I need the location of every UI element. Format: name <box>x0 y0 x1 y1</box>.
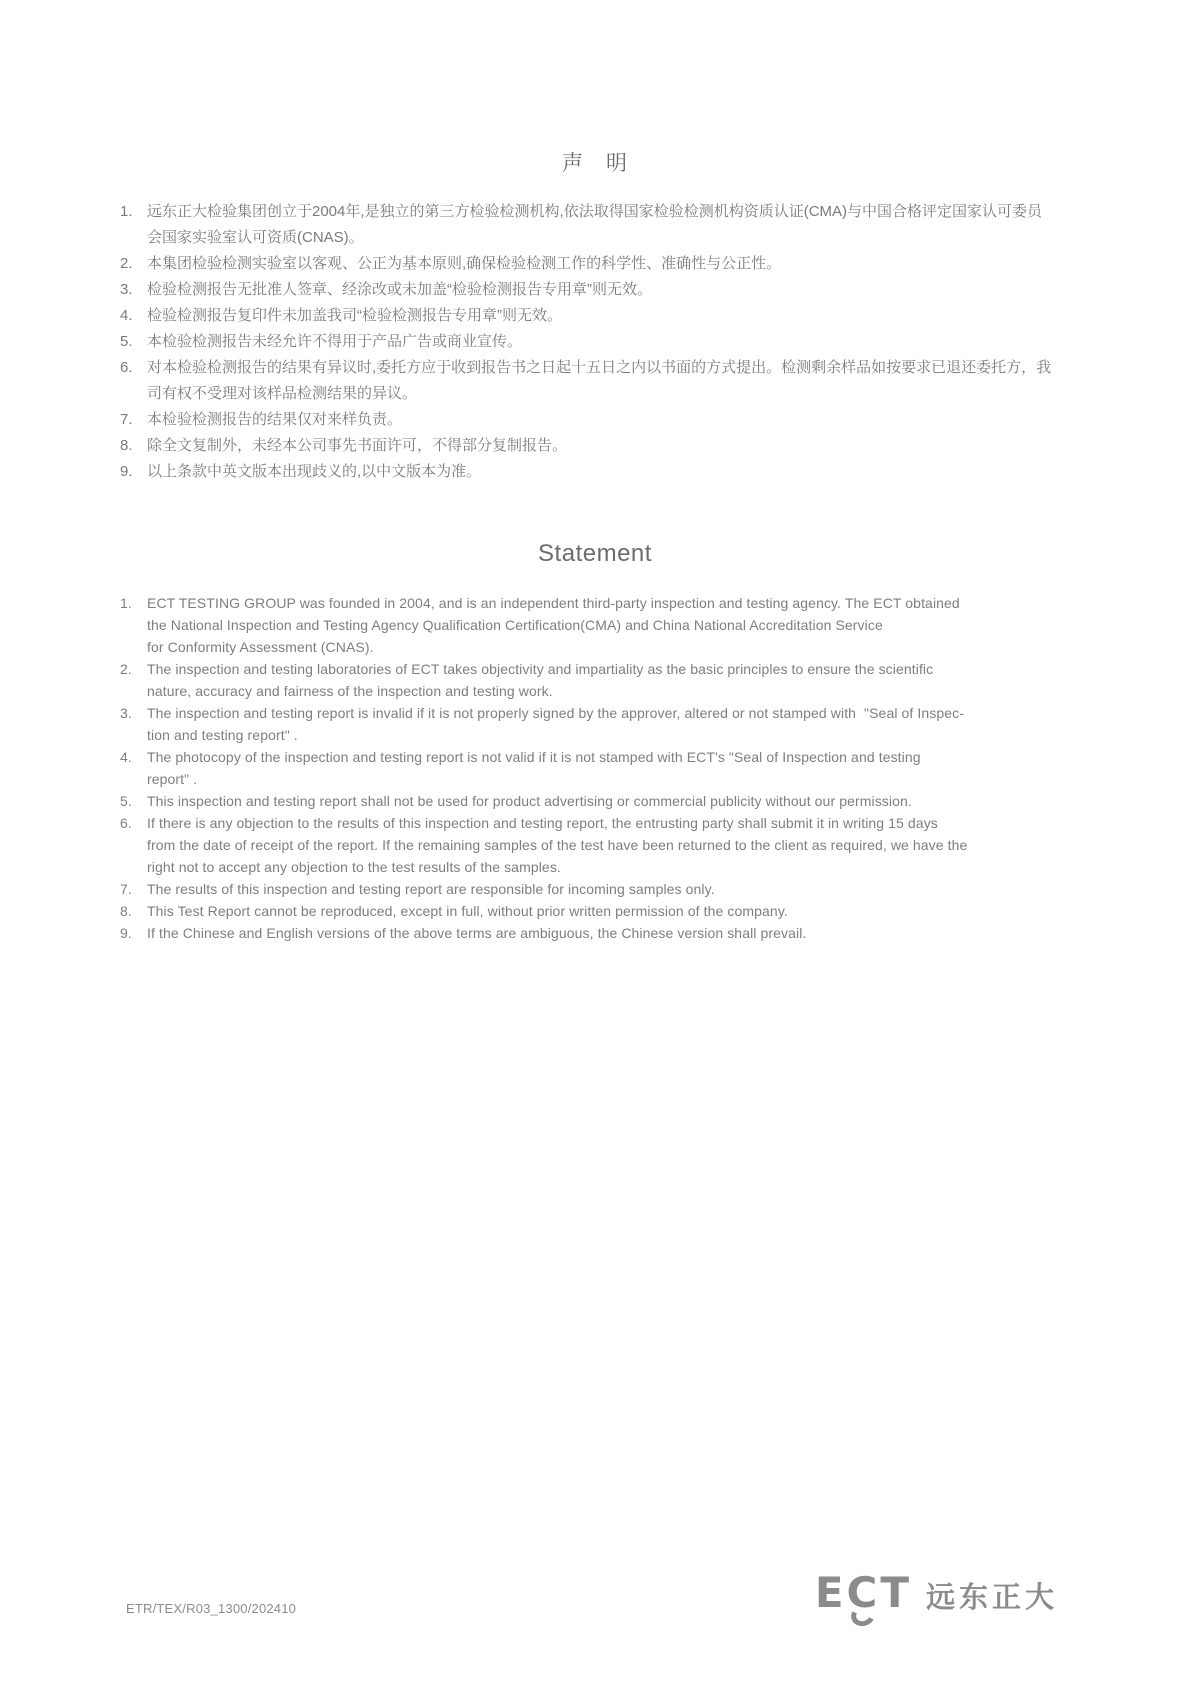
statement-item: 8.This Test Report cannot be reproduced,… <box>120 900 1092 922</box>
item-text: ECT TESTING GROUP was founded in 2004, a… <box>147 592 1092 658</box>
statement-item: 8.除全文复制外，未经本公司事先书面许可，不得部分复制报告。 <box>120 433 1092 459</box>
ect-logo-text: ECT <box>815 1572 912 1614</box>
chinese-statement-title: 声 明 <box>0 147 1190 177</box>
item-number: 5. <box>120 329 147 355</box>
chinese-statement-list: 1.远东正大检验集团创立于2004年,是独立的第三方检验检测机构,依法取得国家检… <box>120 199 1092 485</box>
statement-item: 3.The inspection and testing report is i… <box>120 702 1092 746</box>
item-number: 3. <box>120 277 147 303</box>
item-text: The results of this inspection and testi… <box>147 878 1092 900</box>
item-number: 5. <box>120 790 147 812</box>
item-text: 本检验检测报告的结果仅对来样负责。 <box>147 407 1092 433</box>
statement-item: 2.The inspection and testing laboratorie… <box>120 658 1092 702</box>
item-number: 7. <box>120 878 147 900</box>
item-text: The inspection and testing laboratories … <box>147 658 1092 702</box>
statement-item: 4.The photocopy of the inspection and te… <box>120 746 1092 790</box>
item-number: 4. <box>120 746 147 768</box>
item-text: 检验检测报告无批准人签章、经涂改或未加盖“检验检测报告专用章”则无效。 <box>147 277 1092 303</box>
item-text: 以上条款中英文版本出现歧义的,以中文版本为准。 <box>147 459 1092 485</box>
item-text: 除全文复制外，未经本公司事先书面许可，不得部分复制报告。 <box>147 433 1092 459</box>
statement-item: 6.If there is any objection to the resul… <box>120 812 1092 878</box>
statement-item: 3.检验检测报告无批准人签章、经涂改或未加盖“检验检测报告专用章”则无效。 <box>120 277 1092 303</box>
statement-item: 9.以上条款中英文版本出现歧义的,以中文版本为准。 <box>120 459 1092 485</box>
statement-item: 6.对本检验检测报告的结果有异议时,委托方应于收到报告书之日起十五日之内以书面的… <box>120 355 1092 407</box>
ect-logo: ECT 远东正大 <box>815 1572 1058 1616</box>
statement-page: 声 明 1.远东正大检验集团创立于2004年,是独立的第三方检验检测机构,依法取… <box>0 0 1190 1683</box>
item-number: 9. <box>120 922 147 944</box>
statement-item: 1.远东正大检验集团创立于2004年,是独立的第三方检验检测机构,依法取得国家检… <box>120 199 1092 251</box>
item-number: 2. <box>120 658 147 680</box>
item-text: 本检验检测报告未经允许不得用于产品广告或商业宣传。 <box>147 329 1092 355</box>
statement-item: 7.The results of this inspection and tes… <box>120 878 1092 900</box>
item-text: The inspection and testing report is inv… <box>147 702 1092 746</box>
item-text: If there is any objection to the results… <box>147 812 1092 878</box>
item-text: 对本检验检测报告的结果有异议时,委托方应于收到报告书之日起十五日之内以书面的方式… <box>147 355 1092 407</box>
item-number: 6. <box>120 812 147 834</box>
item-number: 7. <box>120 407 147 433</box>
item-text: The photocopy of the inspection and test… <box>147 746 1092 790</box>
item-number: 8. <box>120 900 147 922</box>
item-number: 4. <box>120 303 147 329</box>
statement-item: 2.本集团检验检测实验室以客观、公正为基本原则,确保检验检测工作的科学性、准确性… <box>120 251 1092 277</box>
english-statement-title: Statement <box>0 540 1190 568</box>
item-number: 9. <box>120 459 147 485</box>
item-text: 远东正大检验集团创立于2004年,是独立的第三方检验检测机构,依法取得国家检验检… <box>147 199 1092 251</box>
statement-item: 1.ECT TESTING GROUP was founded in 2004,… <box>120 592 1092 658</box>
item-text: If the Chinese and English versions of t… <box>147 922 1092 944</box>
statement-item: 5.本检验检测报告未经允许不得用于产品广告或商业宣传。 <box>120 329 1092 355</box>
statement-item: 5.This inspection and testing report sha… <box>120 790 1092 812</box>
item-text: This inspection and testing report shall… <box>147 790 1092 812</box>
item-text: This Test Report cannot be reproduced, e… <box>147 900 1092 922</box>
item-text: 检验检测报告复印件未加盖我司“检验检测报告专用章”则无效。 <box>147 303 1092 329</box>
item-number: 2. <box>120 251 147 277</box>
statement-item: 9.If the Chinese and English versions of… <box>120 922 1092 944</box>
item-number: 6. <box>120 355 147 381</box>
item-number: 8. <box>120 433 147 459</box>
item-number: 1. <box>120 199 147 225</box>
english-statement-list: 1.ECT TESTING GROUP was founded in 2004,… <box>120 592 1092 944</box>
ect-logo-chinese-text: 远东正大 <box>926 1575 1058 1616</box>
item-number: 3. <box>120 702 147 724</box>
document-code: ETR/TEX/R03_1300/202410 <box>126 1601 296 1616</box>
statement-item: 4.检验检测报告复印件未加盖我司“检验检测报告专用章”则无效。 <box>120 303 1092 329</box>
item-text: 本集团检验检测实验室以客观、公正为基本原则,确保检验检测工作的科学性、准确性与公… <box>147 251 1092 277</box>
item-number: 1. <box>120 592 147 614</box>
statement-item: 7.本检验检测报告的结果仅对来样负责。 <box>120 407 1092 433</box>
